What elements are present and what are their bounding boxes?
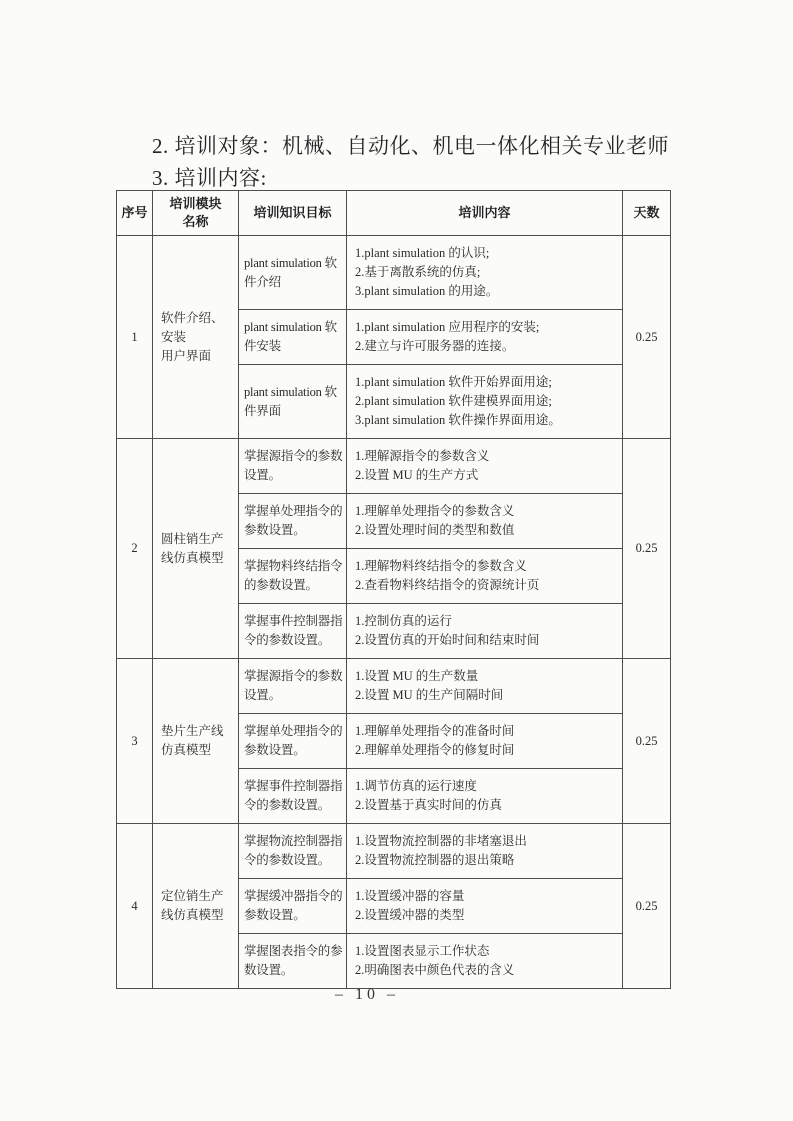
table-row: 1软件介绍、 安装 用户界面plant simulation 软件介绍1.pla… <box>117 236 671 310</box>
header-cell-serial: 序号 <box>117 191 153 236</box>
cell-module-name: 定位销生产 线仿真模型 <box>153 824 239 989</box>
cell-training-content: 1.设置缓冲器的容量 2.设置缓冲器的类型 <box>347 879 623 934</box>
page-footer: – 10 – <box>90 986 644 1004</box>
table-row: 2圆柱销生产 线仿真模型掌握源指令的参数设置。1.理解源指令的参数含义 2.设置… <box>117 439 671 494</box>
training-content-table: 序号 培训模块 名称 培训知识目标 培训内容 天数 1软件介绍、 安装 用户界面… <box>116 190 671 989</box>
cell-training-content: 1.调节仿真的运行速度 2.设置基于真实时间的仿真 <box>347 769 623 824</box>
cell-knowledge-goal: 掌握单处理指令的参数设置。 <box>239 714 347 769</box>
heading-training-target: 2. 培训对象：机械、自动化、机电一体化相关专业老师 <box>152 130 669 162</box>
cell-days: 0.25 <box>623 659 671 824</box>
header-cell-module: 培训模块 名称 <box>153 191 239 236</box>
cell-serial-number: 4 <box>117 824 153 989</box>
cell-knowledge-goal: plant simulation 软件界面 <box>239 365 347 439</box>
table-header-row: 序号 培训模块 名称 培训知识目标 培训内容 天数 <box>117 191 671 236</box>
cell-days: 0.25 <box>623 236 671 439</box>
cell-serial-number: 3 <box>117 659 153 824</box>
cell-serial-number: 2 <box>117 439 153 659</box>
cell-training-content: 1.设置图表显示工作状态 2.明确图表中颜色代表的含义 <box>347 934 623 989</box>
cell-knowledge-goal: 掌握缓冲器指令的参数设置。 <box>239 879 347 934</box>
cell-knowledge-goal: 掌握物料终结指令的参数设置。 <box>239 549 347 604</box>
cell-module-name: 软件介绍、 安装 用户界面 <box>153 236 239 439</box>
training-table-body: 1软件介绍、 安装 用户界面plant simulation 软件介绍1.pla… <box>117 236 671 989</box>
cell-days: 0.25 <box>623 439 671 659</box>
cell-training-content: 1.plant simulation 的认识; 2.基于离散系统的仿真; 3.p… <box>347 236 623 310</box>
table-row: 3垫片生产线 仿真模型掌握源指令的参数设置。1.设置 MU 的生产数量 2.设置… <box>117 659 671 714</box>
cell-training-content: 1.理解单处理指令的准备时间 2.理解单处理指令的修复时间 <box>347 714 623 769</box>
cell-training-content: 1.控制仿真的运行 2.设置仿真的开始时间和结束时间 <box>347 604 623 659</box>
cell-knowledge-goal: 掌握图表指令的参数设置。 <box>239 934 347 989</box>
cell-knowledge-goal: 掌握事件控制器指令的参数设置。 <box>239 769 347 824</box>
header-cell-days: 天数 <box>623 191 671 236</box>
cell-knowledge-goal: 掌握物流控制器指令的参数设置。 <box>239 824 347 879</box>
cell-training-content: 1.设置 MU 的生产数量 2.设置 MU 的生产间隔时间 <box>347 659 623 714</box>
header-cell-content: 培训内容 <box>347 191 623 236</box>
table-row: 4定位销生产 线仿真模型掌握物流控制器指令的参数设置。1.设置物流控制器的非堵塞… <box>117 824 671 879</box>
cell-training-content: 1.设置物流控制器的非堵塞退出 2.设置物流控制器的退出策略 <box>347 824 623 879</box>
cell-training-content: 1.理解物料终结指令的参数含义 2.查看物料终结指令的资源统计页 <box>347 549 623 604</box>
cell-training-content: 1.plant simulation 软件开始界面用途; 2.plant sim… <box>347 365 623 439</box>
cell-module-name: 圆柱销生产 线仿真模型 <box>153 439 239 659</box>
cell-training-content: 1.plant simulation 应用程序的安装; 2.建立与许可服务器的连… <box>347 310 623 365</box>
cell-knowledge-goal: 掌握事件控制器指令的参数设置。 <box>239 604 347 659</box>
cell-days: 0.25 <box>623 824 671 989</box>
cell-serial-number: 1 <box>117 236 153 439</box>
cell-module-name: 垫片生产线 仿真模型 <box>153 659 239 824</box>
cell-knowledge-goal: plant simulation 软件介绍 <box>239 236 347 310</box>
header-cell-goal: 培训知识目标 <box>239 191 347 236</box>
cell-training-content: 1.理解单处理指令的参数含义 2.设置处理时间的类型和数值 <box>347 494 623 549</box>
cell-knowledge-goal: 掌握源指令的参数设置。 <box>239 439 347 494</box>
cell-training-content: 1.理解源指令的参数含义 2.设置 MU 的生产方式 <box>347 439 623 494</box>
page-number: – 10 – <box>335 986 399 1003</box>
cell-knowledge-goal: plant simulation 软件安装 <box>239 310 347 365</box>
cell-knowledge-goal: 掌握单处理指令的参数设置。 <box>239 494 347 549</box>
cell-knowledge-goal: 掌握源指令的参数设置。 <box>239 659 347 714</box>
document-headings: 2. 培训对象：机械、自动化、机电一体化相关专业老师 3. 培训内容: <box>152 130 669 194</box>
